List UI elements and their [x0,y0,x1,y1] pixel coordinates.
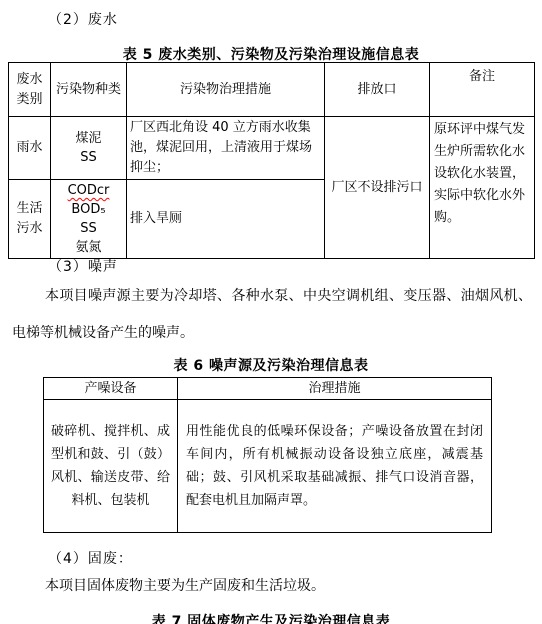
table5-cell-domestic-pollutants: CODcr BOD₅ SS 氨氮 [51,180,127,259]
table6-title: 表 6 噪声源及污染治理信息表 [0,355,542,375]
table6-header-measures: 治理措施 [178,378,492,400]
table6-data-row: 破碎机、搅拌机、成型机和鼓、引（鼓）风机、输送皮带、给料机、包装机 用性能优良的… [44,400,492,533]
section-heading-wastewater: （2）废水 [48,9,118,29]
section-heading-solid-waste: （4）固废： [48,548,133,568]
pollutant-item: 氨氮 [54,238,123,257]
table5-cell-rainwater-pollutants: 煤泥 SS [51,117,127,180]
table5-cell-domestic-measure: 排入旱厕 [127,180,325,259]
pollutant-item: SS [54,148,123,167]
table6-header-row: 产噪设备 治理措施 [44,378,492,400]
table5-header-pollutant-type: 污染物种类 [51,63,127,117]
table5-row-rainwater: 雨水 煤泥 SS 厂区西北角设 40 立方雨水收集池，煤泥回用，上清液用于煤场抑… [9,117,535,180]
table5-header-outlet: 排放口 [325,63,430,117]
pollutant-item: BOD₅ [54,200,123,219]
table5-cell-outlet: 厂区不设排污口 [325,117,430,259]
table5-title: 表 5 废水类别、污染物及污染治理设施信息表 [0,44,542,64]
table6-header-equipment: 产噪设备 [44,378,178,400]
table6-cell-equipment: 破碎机、搅拌机、成型机和鼓、引（鼓）风机、输送皮带、给料机、包装机 [44,400,178,533]
table5-cell-remark: 原环评中煤气发生炉所需软化水设软化水装置，实际中软化水外购。 [430,117,535,259]
document-page: （2）废水 表 5 废水类别、污染物及污染治理设施信息表 废水类别 污染物种类 … [0,0,542,624]
table6-cell-measures: 用性能优良的低噪环保设备；产噪设备放置在封闭车间内，所有机械振动设备设独立底座，… [178,400,492,533]
table6-noise: 产噪设备 治理措施 破碎机、搅拌机、成型机和鼓、引（鼓）风机、输送皮带、给料机、… [43,377,492,533]
noise-paragraph: 本项目噪声源主要为冷却塔、各种水泵、中央空调机组、变压器、油烟风机、电梯等机械设… [12,278,532,352]
pollutant-item-codcr: CODcr [54,181,123,200]
table5-header-row: 废水类别 污染物种类 污染物治理措施 排放口 备注 [9,63,535,117]
section-heading-noise: （3）噪声 [48,256,118,276]
pollutant-item: SS [54,219,123,238]
pollutant-item: 煤泥 [54,129,123,148]
table5-cell-domestic-category: 生活污水 [9,180,51,259]
table7-title-clipped: 表 7 固体废物产生及污染治理信息表 [0,611,542,624]
table5-header-category: 废水类别 [9,63,51,117]
table5-cell-rainwater-measure: 厂区西北角设 40 立方雨水收集池，煤泥回用，上清液用于煤场抑尘； [127,117,325,180]
codcr-spellcheck-underline: CODcr [68,181,110,200]
table5-wastewater: 废水类别 污染物种类 污染物治理措施 排放口 备注 雨水 煤泥 SS 厂区西北角… [8,62,535,259]
table5-header-remark: 备注 [430,63,535,117]
table5-cell-rainwater-category: 雨水 [9,117,51,180]
solid-waste-paragraph: 本项目固体废物主要为生产固废和生活垃圾。 [12,568,532,605]
table5-header-treatment: 污染物治理措施 [127,63,325,117]
